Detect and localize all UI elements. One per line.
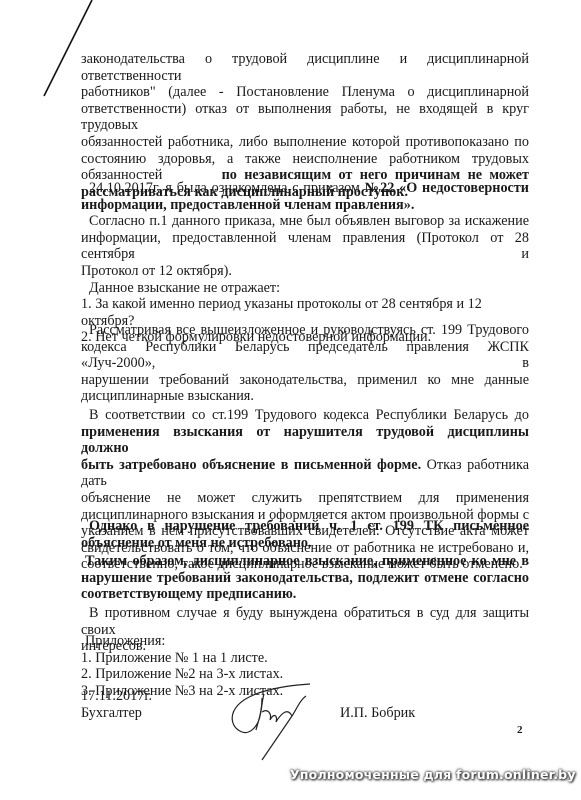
forum-watermark: Уполномоченные для forum.onliner.by <box>290 767 576 782</box>
handwritten-signature <box>0 0 581 800</box>
document-page: законодательства о трудовой дисциплине и… <box>0 0 581 800</box>
page-number: 2 <box>517 724 523 736</box>
